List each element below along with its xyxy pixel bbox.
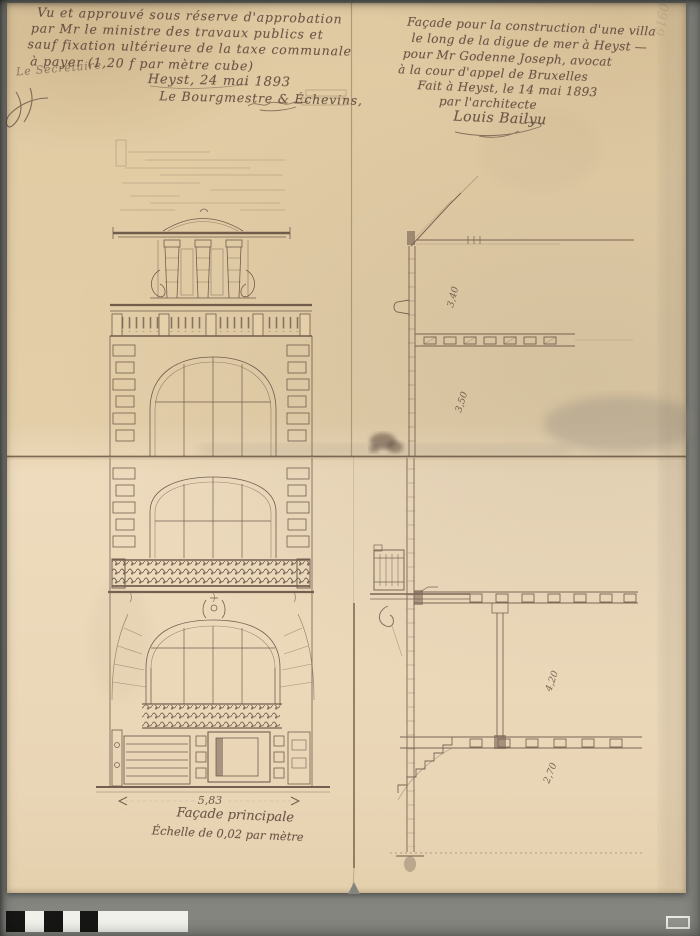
- facade-captions: Façade principale Échelle de 0,02 par mè…: [149, 802, 321, 854]
- scale-square-black: [6, 911, 25, 932]
- approval-note: Vu et approuvé sous réserve d'approbatio…: [19, 1, 367, 139]
- scale-bar-white: [98, 911, 188, 932]
- scale-square-white: [63, 911, 80, 932]
- margin-note: Le Secrétaire: [16, 58, 103, 78]
- scale-square-black: [44, 911, 63, 932]
- reference-tag: [666, 916, 690, 929]
- architect-signature: Louis Bailyu: [453, 109, 547, 129]
- facade-caption-scale: Échelle de 0,02 par mètre: [152, 823, 304, 844]
- approval-signer-title: Le Bourgmestre & Échevins,: [159, 88, 363, 108]
- title-note: Façade pour la construction d'une villa …: [393, 9, 688, 146]
- facade-caption-title: Façade principale: [176, 805, 294, 825]
- scale-square-black: [80, 911, 98, 932]
- scale-square-white: [25, 911, 44, 932]
- scanned-drawing-photo: Vu et approuvé sous réserve d'approbatio…: [0, 0, 700, 936]
